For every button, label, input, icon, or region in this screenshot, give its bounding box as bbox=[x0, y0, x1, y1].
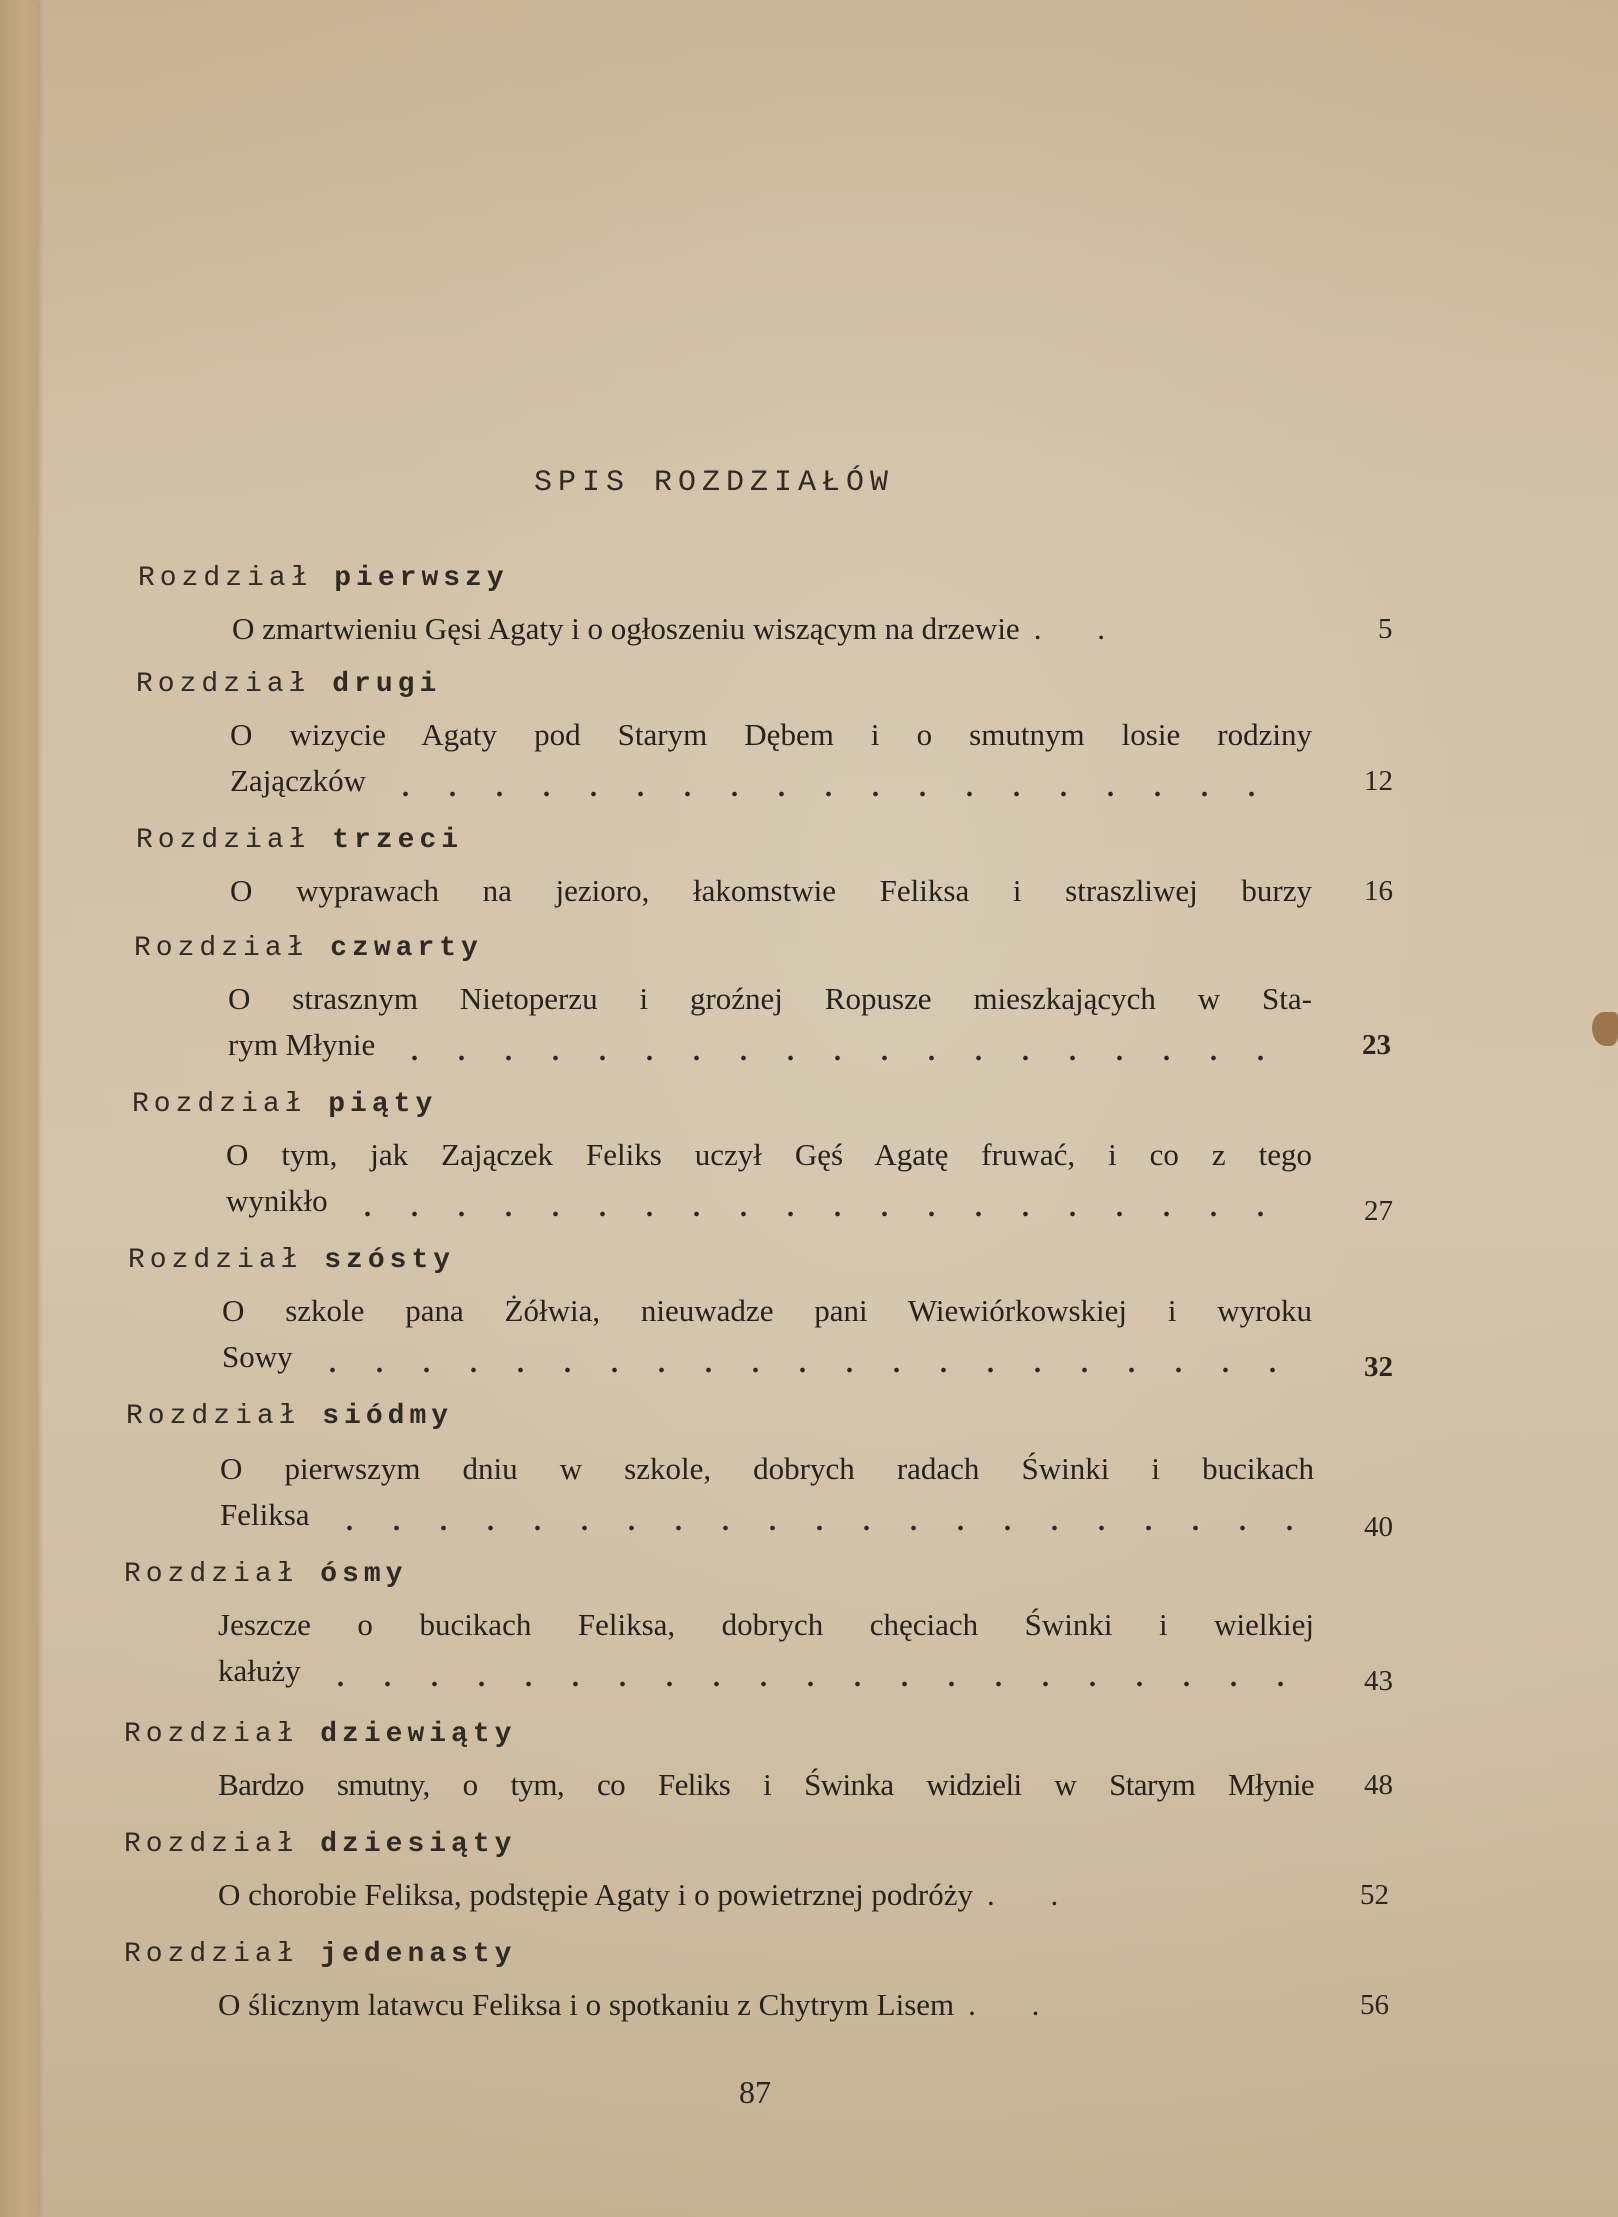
toc-entry: Rozdział siódmy O pierwszym dniu w szkol… bbox=[126, 1400, 1426, 1538]
chapter-title-line: O strasznym Nietoperzu i groźnej Ropusze… bbox=[228, 976, 1312, 1022]
dot-leader bbox=[391, 1053, 1296, 1063]
page-number: 32 bbox=[1364, 1344, 1393, 1390]
chapter-heading: Rozdział drugi bbox=[136, 668, 1436, 702]
toc-entry: Rozdział piąty O tym, jak Zajączek Felik… bbox=[132, 1088, 1432, 1224]
dot-leader bbox=[309, 1365, 1296, 1375]
page-number: 40 bbox=[1364, 1504, 1393, 1550]
chapter-heading: Rozdział ósmy bbox=[124, 1558, 1424, 1592]
page-number: 16 bbox=[1364, 868, 1393, 914]
toc-entry: Rozdział szósty O szkole pana Żółwia, ni… bbox=[128, 1244, 1428, 1380]
chapter-title-line: Zajączków bbox=[230, 758, 366, 804]
dot-leader bbox=[382, 789, 1296, 799]
page-spine-edge bbox=[0, 0, 38, 2217]
chapter-title-line: O wizycie Agaty pod Starym Dębem i o smu… bbox=[230, 712, 1312, 758]
toc-entry: Rozdział jedenasty O ślicznym latawcu Fe… bbox=[124, 1938, 1424, 2028]
chapter-heading: Rozdział trzeci bbox=[136, 824, 1436, 858]
chapter-heading: Rozdział pierwszy bbox=[138, 562, 1438, 596]
page-folio-number: 87 bbox=[739, 2074, 771, 2111]
chapter-heading: Rozdział dziesiąty bbox=[124, 1828, 1424, 1862]
page-number: 56 bbox=[1360, 1982, 1389, 2028]
toc-entry: Rozdział trzeci O wyprawach na jezioro, … bbox=[136, 824, 1436, 914]
toc-entry: Rozdział dziesiąty O chorobie Feliksa, p… bbox=[124, 1828, 1424, 1918]
toc-entry: Rozdział czwarty O strasznym Nietoperzu … bbox=[134, 932, 1434, 1068]
chapter-title: O chorobie Feliksa, podstępie Agaty i o … bbox=[218, 1872, 1082, 1918]
chapter-title-line: Feliksa bbox=[220, 1492, 310, 1538]
page-number: 27 bbox=[1364, 1188, 1393, 1234]
chapter-title-line: O tym, jak Zajączek Feliks uczył Gęś Aga… bbox=[226, 1132, 1312, 1178]
toc-title: SPIS ROZDZIAŁÓW bbox=[534, 466, 894, 500]
chapter-title-line: O pierwszym dniu w szkole, dobrych radac… bbox=[220, 1446, 1314, 1492]
toc-entry: Rozdział drugi O wizycie Agaty pod Stary… bbox=[136, 668, 1436, 804]
page-number: 5 bbox=[1378, 606, 1393, 652]
chapter-title: O ślicznym latawcu Feliksa i o spotkaniu… bbox=[218, 1982, 1063, 2028]
page-number: 23 bbox=[1362, 1022, 1391, 1068]
toc-entry: Rozdział ósmy Jeszcze o bucikach Feliksa… bbox=[124, 1558, 1424, 1694]
page-number: 43 bbox=[1364, 1658, 1393, 1704]
chapter-heading: Rozdział siódmy bbox=[126, 1400, 1426, 1434]
chapter-title-line: O szkole pana Żółwia, nieuwadze pani Wie… bbox=[222, 1288, 1312, 1334]
page-number: 12 bbox=[1364, 758, 1393, 804]
chapter-heading: Rozdział jedenasty bbox=[124, 1938, 1424, 1972]
chapter-title: O wyprawach na jezioro, łakomstwie Felik… bbox=[230, 868, 1312, 914]
page-number: 48 bbox=[1364, 1762, 1393, 1808]
chapter-title: O zmartwieniu Gęsi Agaty i o ogłoszeniu … bbox=[232, 606, 1129, 652]
page-number: 52 bbox=[1360, 1872, 1389, 1918]
chapter-title-line: wynikło bbox=[226, 1178, 328, 1224]
chapter-heading: Rozdział czwarty bbox=[134, 932, 1434, 966]
chapter-title-line: rym Młynie bbox=[228, 1022, 375, 1068]
dot-leader bbox=[326, 1523, 1298, 1533]
chapter-title-line: kałuży bbox=[218, 1648, 301, 1694]
chapter-title-line: Jeszcze o bucikach Feliksa, dobrych chęc… bbox=[218, 1602, 1314, 1648]
dot-leader bbox=[317, 1679, 1298, 1689]
toc-entry: Rozdział pierwszy O zmartwieniu Gęsi Aga… bbox=[138, 562, 1438, 652]
chapter-heading: Rozdział szósty bbox=[128, 1244, 1428, 1278]
chapter-heading: Rozdział dziewiąty bbox=[124, 1718, 1424, 1752]
chapter-title: Bardzo smutny, o tym, co Feliks i Świnka… bbox=[218, 1762, 1314, 1808]
toc-entry: Rozdział dziewiąty Bardzo smutny, o tym,… bbox=[124, 1718, 1424, 1808]
paper-stain bbox=[1592, 1012, 1618, 1046]
chapter-title-line: Sowy bbox=[222, 1334, 293, 1380]
chapter-heading: Rozdział piąty bbox=[132, 1088, 1432, 1122]
dot-leader bbox=[344, 1209, 1296, 1219]
